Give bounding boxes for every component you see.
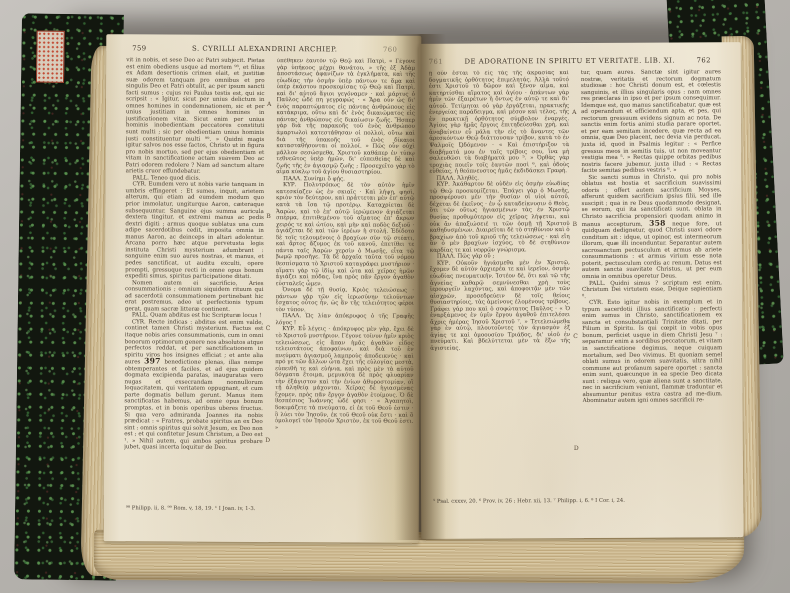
left-page: 759 S. CYRILLI ALEXANDRINI ARCHIEP. 760 … — [104, 34, 422, 543]
body-paragraph: vit in nobis, et sese Deo ac Patri subje… — [126, 57, 265, 176]
column-section-letter: A — [572, 109, 576, 116]
dialogue-paragraph: PALL. Quidni simus ? scriptum est enim, … — [582, 280, 722, 300]
dialogue-paragraph: ΚΥΡ. Πολυτρόπως δὲ τὸν αὐτὸν ἡμῖν κατεσκ… — [276, 182, 415, 287]
column-section-letter: D — [574, 445, 579, 452]
column-number: 762 — [689, 56, 711, 64]
dialogue-paragraph: ΚΥΡ. Ἀκάθαρτον δὲ οὐδὲν εἰς ὀσμὴν εὐωδία… — [429, 181, 569, 254]
column-number: 759 — [132, 44, 154, 52]
column-section-letter: A — [267, 101, 271, 108]
body-paragraph: Nomen autem ei sacrificio, Aries consumm… — [125, 280, 264, 313]
book-photo: 759 S. CYRILLI ALEXANDRINI ARCHIEP. 760 … — [0, 0, 790, 593]
dialogue-paragraph: CYR. Eumdem vero ut nobis varie tanquam … — [125, 182, 264, 281]
dialogue-paragraph: CYR. Recte indicas : abditus est enim va… — [124, 319, 263, 452]
column-section-letter: D — [265, 437, 270, 444]
column-section-letter: C — [266, 325, 271, 332]
footnote-line: ⁵ Psal. cxxxv, 20. ⁶ Prov. iv, 26 ; Hebr… — [433, 497, 719, 504]
red-library-stamp — [36, 31, 65, 83]
left-page-columns: vit in nobis, et sese Deo ac Patri subje… — [104, 57, 421, 483]
greek-text-column: ῃ οὖν ἔσται τὸ εἰς τὰς τῆς ἀκρασίας καὶ … — [429, 70, 571, 495]
running-title: DE ADORATIONE IN SPIRITU ET VERITATE. LI… — [451, 56, 689, 65]
latin-text-column: vit in nobis, et sese Deo ac Patri subje… — [124, 57, 265, 482]
column-section-letter: B — [266, 213, 270, 220]
column-section-letter: B — [573, 221, 577, 228]
running-title: S. CYRILLI ALEXANDRINI ARCHIEP. — [154, 44, 375, 53]
right-page: 761 DE ADORATIONE IN SPIRITU ET VERITATE… — [419, 42, 744, 539]
column-number: 760 — [375, 46, 397, 54]
latin-text-column: tur, quam aures. Sanctæ sint igitur aure… — [581, 69, 723, 494]
dialogue-paragraph: ΠΑΛΛ. Ὡς λίαν ἀπόκρυφος ὁ τῆς Γραφῆς λόγ… — [275, 313, 414, 327]
dialogue-paragraph: ΚΥΡ. Εὖ λέγεις · ἀπόκρυφος μὲν γὰρ, ἔχει… — [275, 326, 414, 431]
column-number: 761 — [429, 58, 451, 66]
greek-text-column: ὑπέθηκεν ἑαυτὸν τῷ Θεῷ καὶ Πατρὶ, « Γέγο… — [274, 58, 415, 483]
dialogue-paragraph: CYR. Esto igitur nobis in exemplum et in… — [582, 299, 723, 404]
left-page-header: 759 S. CYRILLI ALEXANDRINI ARCHIEP. 760 — [106, 34, 421, 54]
column-section-letter: C — [573, 333, 578, 340]
right-page-header: 761 DE ADORATIONE IN SPIRITU ET VERITATE… — [419, 42, 741, 66]
edition-page-number: 397 — [144, 357, 161, 366]
edition-page-number: 358 — [649, 218, 666, 227]
body-paragraph: ὑπέθηκεν ἑαυτὸν τῷ Θεῷ καὶ Πατρὶ, « Γέγο… — [276, 58, 415, 177]
body-paragraph: Sic sancti sumus in Christo, qui pro nob… — [581, 174, 722, 280]
footnote-line: ⁹⁸ Philipp. ii, 8. ⁹⁹ Rom. v, 18, 19. ¹ … — [126, 505, 407, 512]
dialogue-paragraph: ΚΥΡ. Οὐκοῦν ἡγιάσμεθα μὲν ἐν Χριστῷ, ἔχο… — [430, 260, 570, 352]
body-paragraph: tur, quam aures. Sanctæ sint igitur aure… — [581, 69, 722, 174]
body-paragraph: ῃ οὖν ἔσται τὸ εἰς τὰς τῆς ἀκρασίας καὶ … — [429, 70, 570, 175]
body-paragraph: Ὀνομα δὲ τῇ θυσίᾳ, Κριὸς τελειώσεως · πά… — [275, 287, 414, 314]
